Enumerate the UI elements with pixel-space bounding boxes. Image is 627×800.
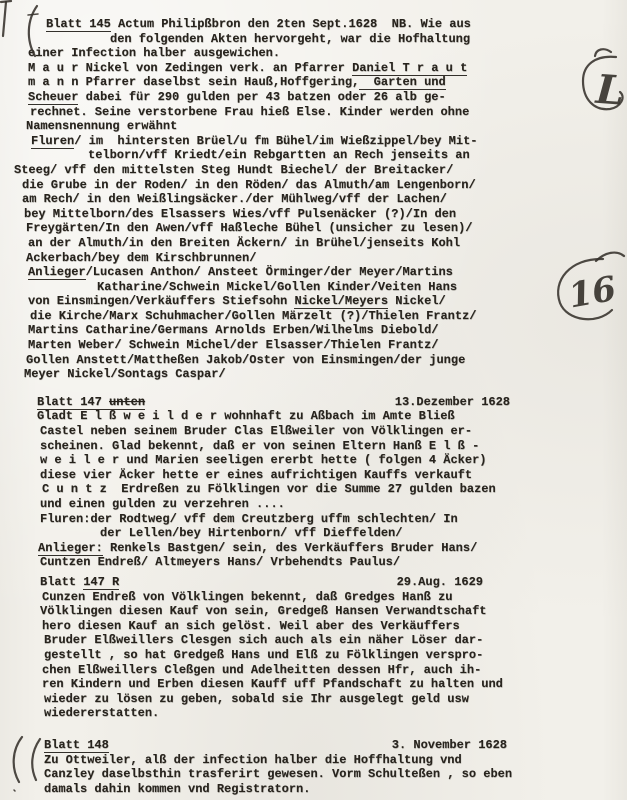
text-segment: die Kirche/Marx Schuhmacher/Gollen Märze… xyxy=(30,309,476,323)
text-line: den folgenden Akten hervorgeht, war die … xyxy=(110,32,627,47)
text-line: Fluren:der Rodtweg/ vff dem Creutzberg u… xyxy=(40,512,627,527)
underlined-text: Blatt 148 xyxy=(44,738,109,753)
text-line: Castel neben seinem Bruder Clas Elßweile… xyxy=(40,424,627,439)
text-line: bey Mittelborn/des Elsassers Wies/vff Pu… xyxy=(24,207,627,222)
text-segment: Völklingen diesen Kauf von sein, Gredgeß… xyxy=(40,604,486,618)
text-segment: Martins Catharine/Germans Arnolds Erben/… xyxy=(28,323,438,337)
underlined-text: unten xyxy=(109,395,145,410)
section-blatt-147-unten: Blatt 147 unten13.Dezember 1628Gladt E l… xyxy=(0,395,627,570)
text-segment: Katharine/Schwein Mickel/Gollen Kinder/V… xyxy=(97,280,457,294)
text-line: w e i l e r und Marien seeligen ererbt h… xyxy=(40,453,627,468)
text-segment: gestellt , so hat Gredgeß Hans und Elß z… xyxy=(44,648,483,662)
text-line: der Lellen/bey Hirtenborn/ vff Dieffelde… xyxy=(100,526,627,541)
text-line: Katharine/Schwein Mickel/Gollen Kinder/V… xyxy=(97,280,627,295)
text-line: Ackerbach/bey dem Kirschbrunnen/ xyxy=(26,251,627,266)
text-line: Meyer Nickel/Sontags Caspar/ xyxy=(24,367,627,382)
underlined-text: Blatt 145 xyxy=(46,17,111,32)
text-segment: C u n t z Erdreßen zu Fölklingen vor die… xyxy=(42,482,496,496)
text-line: Namensnennung erwähnt xyxy=(26,119,627,134)
text-segment: Renkels Bastgen/ sein, des Verkäuffers B… xyxy=(103,541,477,555)
text-segment: Fluren:der Rodtweg/ vff dem Creutzberg u… xyxy=(40,512,458,526)
text-line: wiedererstatten. xyxy=(44,706,627,721)
text-line: hero diesen Kauf an sich gelöst. Weil ab… xyxy=(42,619,627,634)
text-segment: wieder zu lösen zu geben, sobald sie Ihr… xyxy=(44,692,469,706)
text-line: Gladt E l ß w e i l d e r wohnhaft zu Aß… xyxy=(37,409,627,424)
underlined-text: Scheuer xyxy=(28,90,78,105)
text-segment: hero diesen Kauf an sich gelöst. Weil ab… xyxy=(42,619,460,633)
underlined-text: Nickel/Meyers xyxy=(294,294,388,309)
entry-heading-line: Blatt 147 R29.Aug. 1629 xyxy=(40,575,627,590)
text-line: Bruder Elßweillers Clesgen sich auch als… xyxy=(44,633,627,648)
section-blatt-148: Blatt 1483. November 1628Zu Ottweiler, a… xyxy=(0,738,627,796)
text-line: diese vier Äcker hette er eines aufricht… xyxy=(40,468,627,483)
text-segment: Gladt E l ß w e i l d e r wohnhaft zu Aß… xyxy=(37,409,455,423)
text-line: Zu Ottweiler, alß der infection halber d… xyxy=(44,753,627,768)
scanned-document-page: Blatt 145 Actum Philipßbron den 2ten Sep… xyxy=(0,0,627,800)
text-segment: Zu Ottweiler, alß der infection halber d… xyxy=(44,753,462,767)
text-line: telborn/vff Kriedt/ein Rebgartten an Rec… xyxy=(88,148,627,163)
text-segment: Steeg/ vff den mittelsten Steg Hundt Bie… xyxy=(14,163,453,177)
text-line: Scheuer dabei für 290 gulden per 43 batz… xyxy=(28,90,627,105)
text-line: ren Kindern und Erben diesen Kauff uff P… xyxy=(42,677,627,692)
text-line: M a u r Nickel von Zedingen verk. an Pfa… xyxy=(28,61,627,76)
text-line: Gollen Anstett/Mattheßen Jakob/Oster von… xyxy=(26,353,627,368)
text-line: an der Almuth/in den Breiten Äckern/ in … xyxy=(28,236,627,251)
text-line: am Rech/ in den Weißlingsäcker./der Mühl… xyxy=(22,192,627,207)
entry-heading-line: Blatt 147 unten13.Dezember 1628 xyxy=(37,395,627,410)
text-segment: damals dahin kommen vnd Registratorn. xyxy=(44,782,310,796)
underlined-text: Blatt 147 xyxy=(37,395,109,410)
text-line: scheinen. Glad bekennt, daß er von seine… xyxy=(40,439,627,454)
underlined-text: Daniel T r a u t xyxy=(352,61,467,76)
text-segment: und einen gulden zu verzehren .... xyxy=(40,497,285,511)
text-segment: der Lellen/bey Hirtenborn/ vff Dieffelde… xyxy=(100,526,402,540)
text-segment: einer Infection halber ausgewichen. xyxy=(28,46,280,60)
text-segment: Namensnennung erwähnt xyxy=(26,119,177,133)
text-line: einer Infection halber ausgewichen. xyxy=(28,46,627,61)
text-segment: / im hintersten Brüel/u fm Bühel/im Wieß… xyxy=(74,134,477,148)
text-segment: am Rech/ in den Weißlingsäcker./der Mühl… xyxy=(22,192,447,206)
text-segment: Castel neben seinem Bruder Clas Elßweile… xyxy=(40,424,472,438)
entry-date: 3. November 1628 xyxy=(392,738,507,753)
text-segment: Actum Philipßbron den 2ten Sept.1628 NB.… xyxy=(111,17,471,31)
text-segment: Nickel/ xyxy=(388,294,446,308)
document-body: Blatt 145 Actum Philipßbron den 2ten Sep… xyxy=(0,0,627,796)
text-line: wieder zu lösen zu geben, sobald sie Ihr… xyxy=(44,692,627,707)
text-line: Fluren/ im hintersten Brüel/u fm Bühel/i… xyxy=(31,134,627,149)
text-segment: Bruder Elßweillers Clesgen sich auch als… xyxy=(44,633,483,647)
section-blatt-147-r: Blatt 147 R29.Aug. 1629Cunzen Endreß von… xyxy=(0,575,627,721)
text-line: chen Elßweillers Cleßgen und Adelheitten… xyxy=(42,663,627,678)
text-segment: den folgenden Akten hervorgeht, war die … xyxy=(110,32,470,46)
text-segment: Meyer Nickel/Sontags Caspar/ xyxy=(24,367,226,381)
text-segment: Gollen Anstett/Mattheßen Jakob/Oster von… xyxy=(26,353,465,367)
underlined-text: Anlieger xyxy=(28,265,86,280)
text-segment: diese vier Äcker hette er eines aufricht… xyxy=(40,468,472,482)
text-line: Steeg/ vff den mittelsten Steg Hundt Bie… xyxy=(14,163,627,178)
text-segment: die Grube in der Roden/ in den Röden/ da… xyxy=(22,178,476,192)
text-segment: Marten Weber/ Schwein Michel/der Elsasse… xyxy=(28,338,438,352)
text-segment: Cunzen Endreß von Völklingen bekennt, da… xyxy=(42,590,452,604)
underlined-text: Fluren xyxy=(31,134,74,149)
text-segment: Blatt xyxy=(40,575,83,589)
text-segment: wiedererstatten. xyxy=(44,706,159,720)
text-line: damals dahin kommen vnd Registratorn. xyxy=(44,782,627,797)
text-line: C u n t z Erdreßen zu Fölklingen vor die… xyxy=(42,482,627,497)
text-segment: Freygärten/In den Awen/vff Haßleche Bühe… xyxy=(26,221,472,235)
text-line: Cuntzen Endreß/ Altmeyers Hans/ Vrbehend… xyxy=(40,555,627,570)
text-segment: bey Mittelborn/des Elsassers Wies/vff Pu… xyxy=(24,207,456,221)
text-line: von Einsmingen/Verkäuffers Stiefsohn Nic… xyxy=(28,294,627,309)
text-segment: Cuntzen Endreß/ Altmeyers Hans/ Vrbehend… xyxy=(40,555,400,569)
underlined-text: 147 R xyxy=(83,575,119,590)
text-segment: m a n n Pfarrer daselbst sein Hauß,Hoffg… xyxy=(28,75,359,89)
text-line: die Grube in der Roden/ in den Röden/ da… xyxy=(22,178,627,193)
text-line: und einen gulden zu verzehren .... xyxy=(40,497,627,512)
text-segment: von Einsmingen/Verkäuffers Stiefsohn xyxy=(28,294,294,308)
text-line: gestellt , so hat Gredgeß Hans und Elß z… xyxy=(44,648,627,663)
text-line: Völklingen diesen Kauf von sein, Gredgeß… xyxy=(40,604,627,619)
text-segment: Ackerbach/bey dem Kirschbrunnen/ xyxy=(26,251,256,265)
text-line: Marten Weber/ Schwein Michel/der Elsasse… xyxy=(28,338,627,353)
underlined-text: Anlieger: xyxy=(38,541,103,556)
text-segment: an der Almuth/in den Breiten Äckern/ in … xyxy=(28,236,460,250)
text-segment: Canzley daselbsthin trasferirt gewesen. … xyxy=(44,767,512,781)
section-blatt-145: Blatt 145 Actum Philipßbron den 2ten Sep… xyxy=(0,17,627,382)
text-line: Anlieger/Lucasen Anthon/ Ansteet Örminge… xyxy=(28,265,627,280)
text-line: rechnet. Seine verstorbene Frau hieß Els… xyxy=(30,105,627,120)
text-segment: chen Elßweillers Cleßgen und Adelheitten… xyxy=(42,663,481,677)
text-line: m a n n Pfarrer daselbst sein Hauß,Hoffg… xyxy=(28,75,627,90)
text-line: Martins Catharine/Germans Arnolds Erben/… xyxy=(28,323,627,338)
entry-date: 13.Dezember 1628 xyxy=(395,395,510,410)
entry-date: 29.Aug. 1629 xyxy=(397,575,483,590)
text-line: Anlieger: Renkels Bastgen/ sein, des Ver… xyxy=(38,541,627,556)
entry-heading-line: Blatt 1483. November 1628 xyxy=(44,738,627,753)
text-line: Canzley daselbsthin trasferirt gewesen. … xyxy=(44,767,627,782)
text-line: Cunzen Endreß von Völklingen bekennt, da… xyxy=(42,590,627,605)
text-line: Blatt 145 Actum Philipßbron den 2ten Sep… xyxy=(46,17,627,32)
text-segment: rechnet. Seine verstorbene Frau hieß Els… xyxy=(30,105,469,119)
text-segment: telborn/vff Kriedt/ein Rebgartten an Rec… xyxy=(88,148,470,162)
text-segment: M a u r Nickel von Zedingen verk. an Pfa… xyxy=(28,61,352,75)
text-segment: /Lucasen Anthon/ Ansteet Örminger/der Me… xyxy=(86,265,453,279)
text-segment: scheinen. Glad bekennt, daß er von seine… xyxy=(40,439,479,453)
text-segment: w e i l e r und Marien seeligen ererbt h… xyxy=(40,453,486,467)
text-segment: dabei für 290 gulden per 43 batzen oder … xyxy=(78,90,445,104)
text-line: Freygärten/In den Awen/vff Haßleche Bühe… xyxy=(26,221,627,236)
underlined-text: Garten und xyxy=(359,75,445,90)
text-segment: ren Kindern und Erben diesen Kauff uff P… xyxy=(42,677,503,691)
text-line: die Kirche/Marx Schuhmacher/Gollen Märze… xyxy=(30,309,627,324)
